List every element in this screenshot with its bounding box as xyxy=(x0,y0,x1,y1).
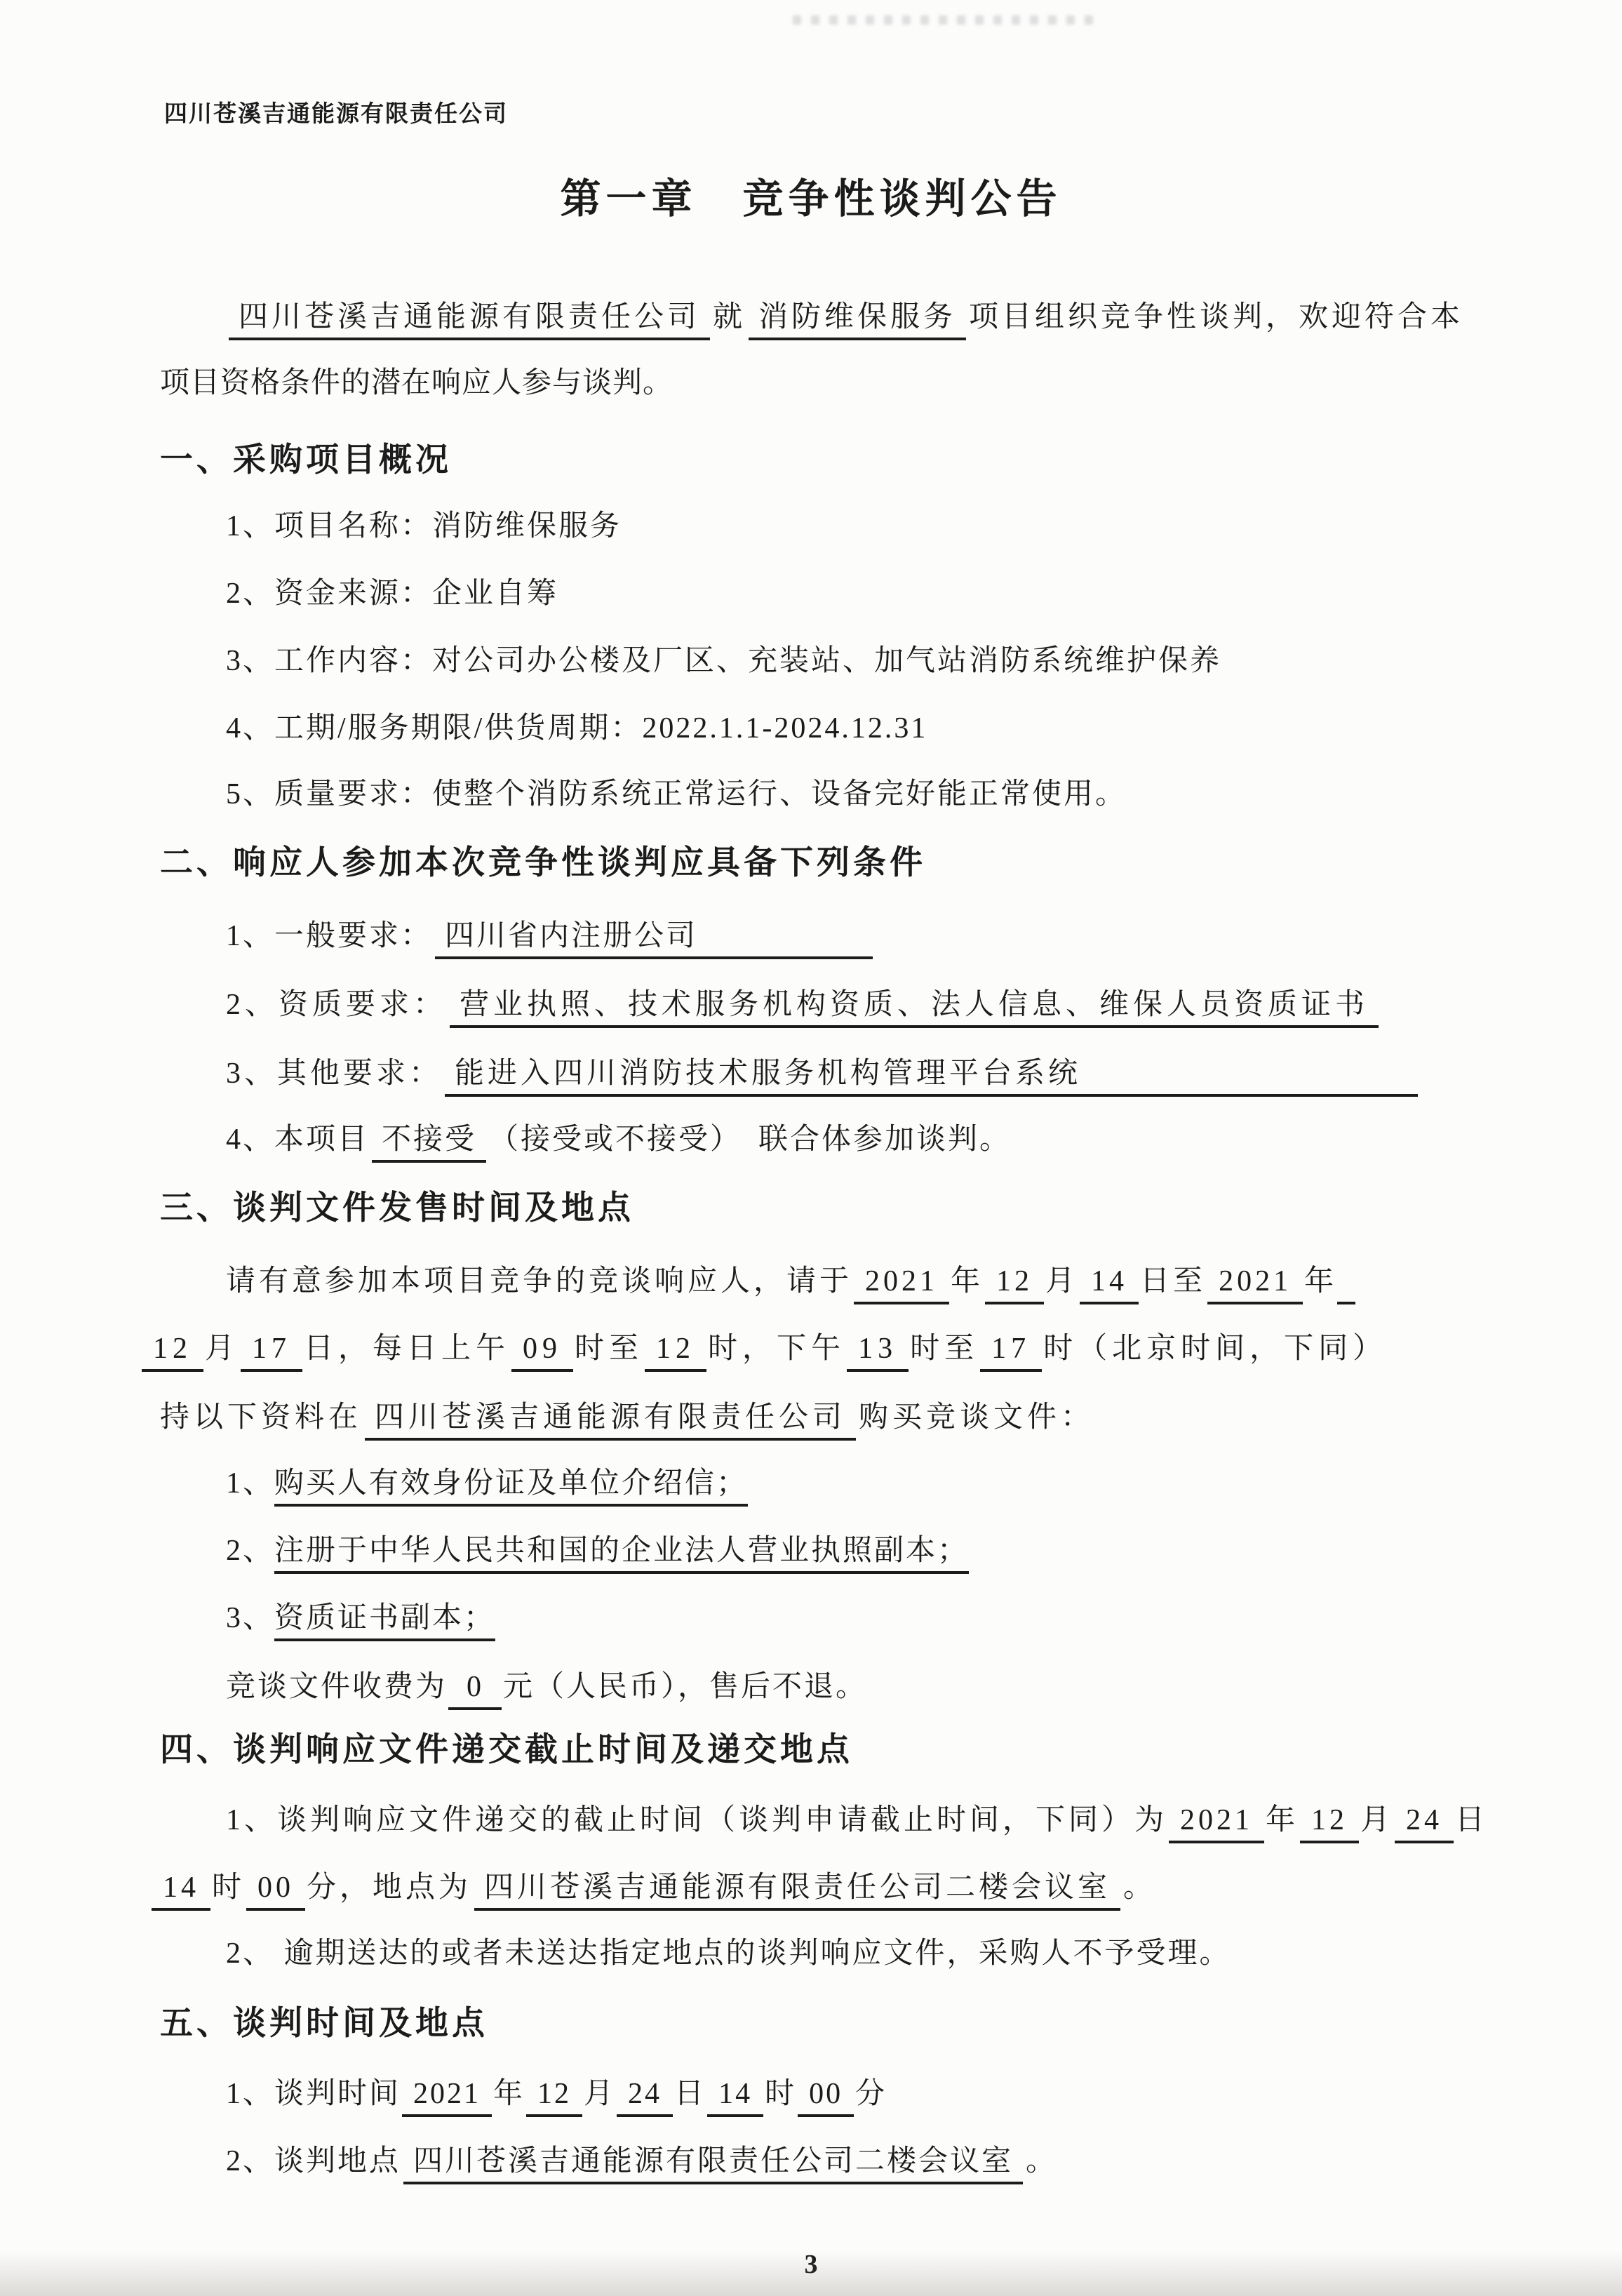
work-content-item: 3、工作内容：对公司办公楼及厂区、充装站、加气站消防系统维护保养 xyxy=(226,637,1221,679)
quality-requirement-item: 5、质量要求：使整个消防系统正常运行、设备完好能正常使用。 xyxy=(226,770,1127,813)
negotiation-location-item: 2、谈判地点四川苍溪吉通能源有限责任公司二楼会议室。 xyxy=(226,2137,1057,2180)
other-requirement-item: 3、其他要求：能进入四川消防技术服务机构管理平台系统 xyxy=(226,1050,1421,1092)
materials-pre-text: 持以下资料在 xyxy=(160,1401,362,1434)
fee-pre-text: 竞谈文件收费为 xyxy=(226,1671,447,1703)
consortium-item: 4、本项目不接受（接受或不接受） 联合体参加谈判。 xyxy=(226,1116,1011,1158)
late-submission-item: 2、 逾期送达的或者未送达指定地点的谈判响应文件，采购人不予受理。 xyxy=(226,1930,1231,1972)
underlined-fee-amount: 0 xyxy=(448,1671,502,1710)
underlined-purchaser-name: 四川苍溪吉通能源有限责任公司 xyxy=(229,301,710,340)
underlined-deadline-year: 2021 xyxy=(1169,1804,1264,1843)
general-requirement-label: 1、一般要求： xyxy=(226,920,432,952)
underlined-sale-start-month: 12 xyxy=(985,1265,1044,1304)
underlined-negotiation-month: 12 xyxy=(526,2078,582,2117)
hour-to-label-1: 时至 xyxy=(575,1333,643,1365)
negotiation-day-label: 日 xyxy=(674,2078,706,2110)
underlined-deadline-month: 12 xyxy=(1300,1804,1359,1843)
negotiation-year-label: 年 xyxy=(493,2078,525,2110)
section-2-heading: 二、响应人参加本次竞争性谈判应具备下列条件 xyxy=(160,836,926,883)
sale-time-paragraph-line-3: 持以下资料在四川苍溪吉通能源有限责任公司购买竞谈文件： xyxy=(160,1394,1094,1436)
negotiation-minute-label: 分 xyxy=(855,2078,887,2110)
material-item-2-number: 2、 xyxy=(226,1535,274,1567)
chapter-title: 第一章 竞争性谈判公告 xyxy=(0,166,1622,225)
material-item-1: 1、购买人有效身份证及单位介绍信； xyxy=(226,1460,748,1502)
deadline-month-label: 月 xyxy=(1360,1804,1393,1836)
underlined-am-start-hour: 09 xyxy=(511,1333,573,1372)
pm-text: 时，下午 xyxy=(708,1333,845,1365)
material-item-1-number: 1、 xyxy=(226,1467,274,1500)
document-header-company: 四川苍溪吉通能源有限责任公司 xyxy=(164,95,508,128)
underlined-pm-end-hour: 17 xyxy=(980,1333,1042,1372)
month-label-2: 月 xyxy=(205,1333,239,1365)
underlined-sale-end-day: 17 xyxy=(241,1333,302,1372)
underlined-consortium-answer: 不接受 xyxy=(372,1123,486,1163)
consortium-pre-text: 4、本项目 xyxy=(226,1123,369,1156)
deadline-pre-text: 1、谈判响应文件递交的截止时间（谈判申请截止时间，下同）为 xyxy=(226,1804,1167,1836)
document-page: 四川苍溪吉通能源有限责任公司 第一章 竞争性谈判公告 四川苍溪吉通能源有限责任公… xyxy=(0,0,1622,2296)
consortium-post-text: （接受或不接受） 联合体参加谈判。 xyxy=(489,1123,1011,1156)
negotiation-location-label: 2、谈判地点 xyxy=(226,2145,401,2177)
negotiation-hour-label: 时 xyxy=(765,2078,796,2110)
general-requirement-item: 1、一般要求：四川省内注册公司 xyxy=(226,912,876,954)
qualification-requirement-label: 2、资质要求： xyxy=(226,989,447,1021)
underlined-other-requirement-value: 能进入四川消防技术服务机构管理平台系统 xyxy=(445,1057,1418,1097)
fee-post-text: 元（人民币），售后不退。 xyxy=(503,1671,867,1703)
service-period-item: 4、工期/服务期限/供货周期：2022.1.1-2024.12.31 xyxy=(226,705,927,747)
underlined-sale-start-day: 14 xyxy=(1080,1265,1139,1304)
underlined-material-certificate-copy: 资质证书副本； xyxy=(274,1602,495,1641)
deadline-item-line-1: 1、谈判响应文件递交的截止时间（谈判申请截止时间，下同）为2021年12月24日 xyxy=(226,1796,1488,1838)
beijing-time-note: 时（北京时间，下同） xyxy=(1043,1333,1387,1365)
deadline-period: 。 xyxy=(1123,1871,1156,1904)
section-1-heading: 一、采购项目概况 xyxy=(160,434,452,481)
deadline-day-label: 日 xyxy=(1455,1804,1488,1836)
underlined-pm-start-hour: 13 xyxy=(847,1333,909,1372)
underlined-project-name: 消防维保服务 xyxy=(749,301,966,340)
underlined-general-requirement-value: 四川省内注册公司 xyxy=(435,920,873,959)
underlined-negotiation-location: 四川苍溪吉通能源有限责任公司二楼会议室 xyxy=(403,2145,1023,2184)
scan-shadow xyxy=(0,2251,1622,2296)
year-label: 年 xyxy=(951,1265,984,1297)
underlined-sale-end-month: 12 xyxy=(142,1333,203,1372)
intro-rest-text: 项目组织竞争性谈判，欢迎符合本 xyxy=(969,301,1463,333)
underlined-negotiation-day: 24 xyxy=(617,2078,673,2117)
negotiation-time-item: 1、谈判时间2021年12月24日14时00分 xyxy=(226,2070,887,2112)
section-5-heading: 五、谈判时间及地点 xyxy=(160,1997,488,2044)
underlined-sale-start-year: 2021 xyxy=(854,1265,949,1304)
underlined-submission-location: 四川苍溪吉通能源有限责任公司二楼会议室 xyxy=(474,1871,1120,1911)
deadline-hour-label: 时 xyxy=(212,1871,245,1904)
daily-am-text: 日，每日上午 xyxy=(304,1333,510,1365)
intro-paragraph-line-2: 项目资格条件的潜在响应人参与谈判。 xyxy=(160,359,673,401)
scan-artifact-smudge xyxy=(793,15,1094,25)
intro-paragraph-line-1: 四川苍溪吉通能源有限责任公司就消防维保服务项目组织竞争性谈判，欢迎符合本 xyxy=(226,293,1463,335)
sale-time-paragraph-line-1: 请有意参加本项目竞争的竞谈响应人，请于2021年12月14日至2021年 xyxy=(226,1257,1355,1300)
section-3-heading: 三、谈判文件发售时间及地点 xyxy=(160,1182,634,1229)
underlined-negotiation-minute: 00 xyxy=(798,2078,854,2117)
material-item-2: 2、注册于中华人民共和国的企业法人营业执照副本； xyxy=(226,1527,969,1569)
deadline-year-label: 年 xyxy=(1266,1804,1299,1836)
deadline-location-text: 分，地点为 xyxy=(307,1871,471,1904)
sale-time-pre-text: 请有意参加本项目竞争的竞谈响应人，请于 xyxy=(226,1265,852,1297)
other-requirement-label: 3、其他要求： xyxy=(226,1057,442,1090)
funding-source-item: 2、资金来源：企业自筹 xyxy=(226,570,558,612)
negotiation-time-label: 1、谈判时间 xyxy=(226,2078,401,2110)
hour-to-label-2: 时至 xyxy=(910,1333,979,1365)
material-item-3-number: 3、 xyxy=(226,1602,274,1634)
underlined-sale-location-company: 四川苍溪吉通能源有限责任公司 xyxy=(365,1401,856,1441)
underlined-am-end-hour: 12 xyxy=(645,1333,706,1372)
negotiation-location-period: 。 xyxy=(1026,2145,1057,2177)
underlined-sale-end-year: 2021 xyxy=(1207,1265,1303,1304)
sale-time-paragraph-line-2: 12月17日，每日上午09时至12时，下午13时至17时（北京时间，下同） xyxy=(140,1325,1387,1367)
materials-post-text: 购买竞谈文件： xyxy=(859,1401,1094,1434)
underlined-material-id-letter: 购买人有效身份证及单位介绍信； xyxy=(274,1467,748,1507)
qualification-requirement-item: 2、资质要求：营业执照、技术服务机构资质、法人信息、维保人员资质证书 xyxy=(226,981,1381,1023)
blank-underline xyxy=(1337,1265,1355,1304)
project-name-item: 1、项目名称：消防维保服务 xyxy=(226,502,622,545)
document-fee-line: 竞谈文件收费为0元（人民币），售后不退。 xyxy=(226,1663,867,1705)
year-label-2: 年 xyxy=(1304,1265,1337,1297)
month-label: 月 xyxy=(1045,1265,1078,1297)
underlined-deadline-minute: 00 xyxy=(246,1871,305,1911)
underlined-deadline-hour: 14 xyxy=(152,1871,210,1911)
underlined-material-business-license: 注册于中华人民共和国的企业法人营业执照副本； xyxy=(274,1535,969,1574)
day-to-label: 日至 xyxy=(1140,1265,1206,1297)
underlined-deadline-day: 24 xyxy=(1395,1804,1454,1843)
underlined-negotiation-hour: 14 xyxy=(707,2078,763,2117)
deadline-item-line-2: 14时00分，地点为四川苍溪吉通能源有限责任公司二楼会议室。 xyxy=(150,1864,1156,1906)
underlined-negotiation-year: 2021 xyxy=(402,2078,492,2117)
negotiation-month-label: 月 xyxy=(584,2078,615,2110)
material-item-3: 3、资质证书副本； xyxy=(226,1594,495,1636)
section-4-heading: 四、谈判响应文件递交截止时间及递交地点 xyxy=(160,1723,853,1770)
underlined-qualification-requirement-value: 营业执照、技术服务机构资质、法人信息、维保人员资质证书 xyxy=(450,989,1379,1028)
intro-connector: 就 xyxy=(713,301,746,333)
